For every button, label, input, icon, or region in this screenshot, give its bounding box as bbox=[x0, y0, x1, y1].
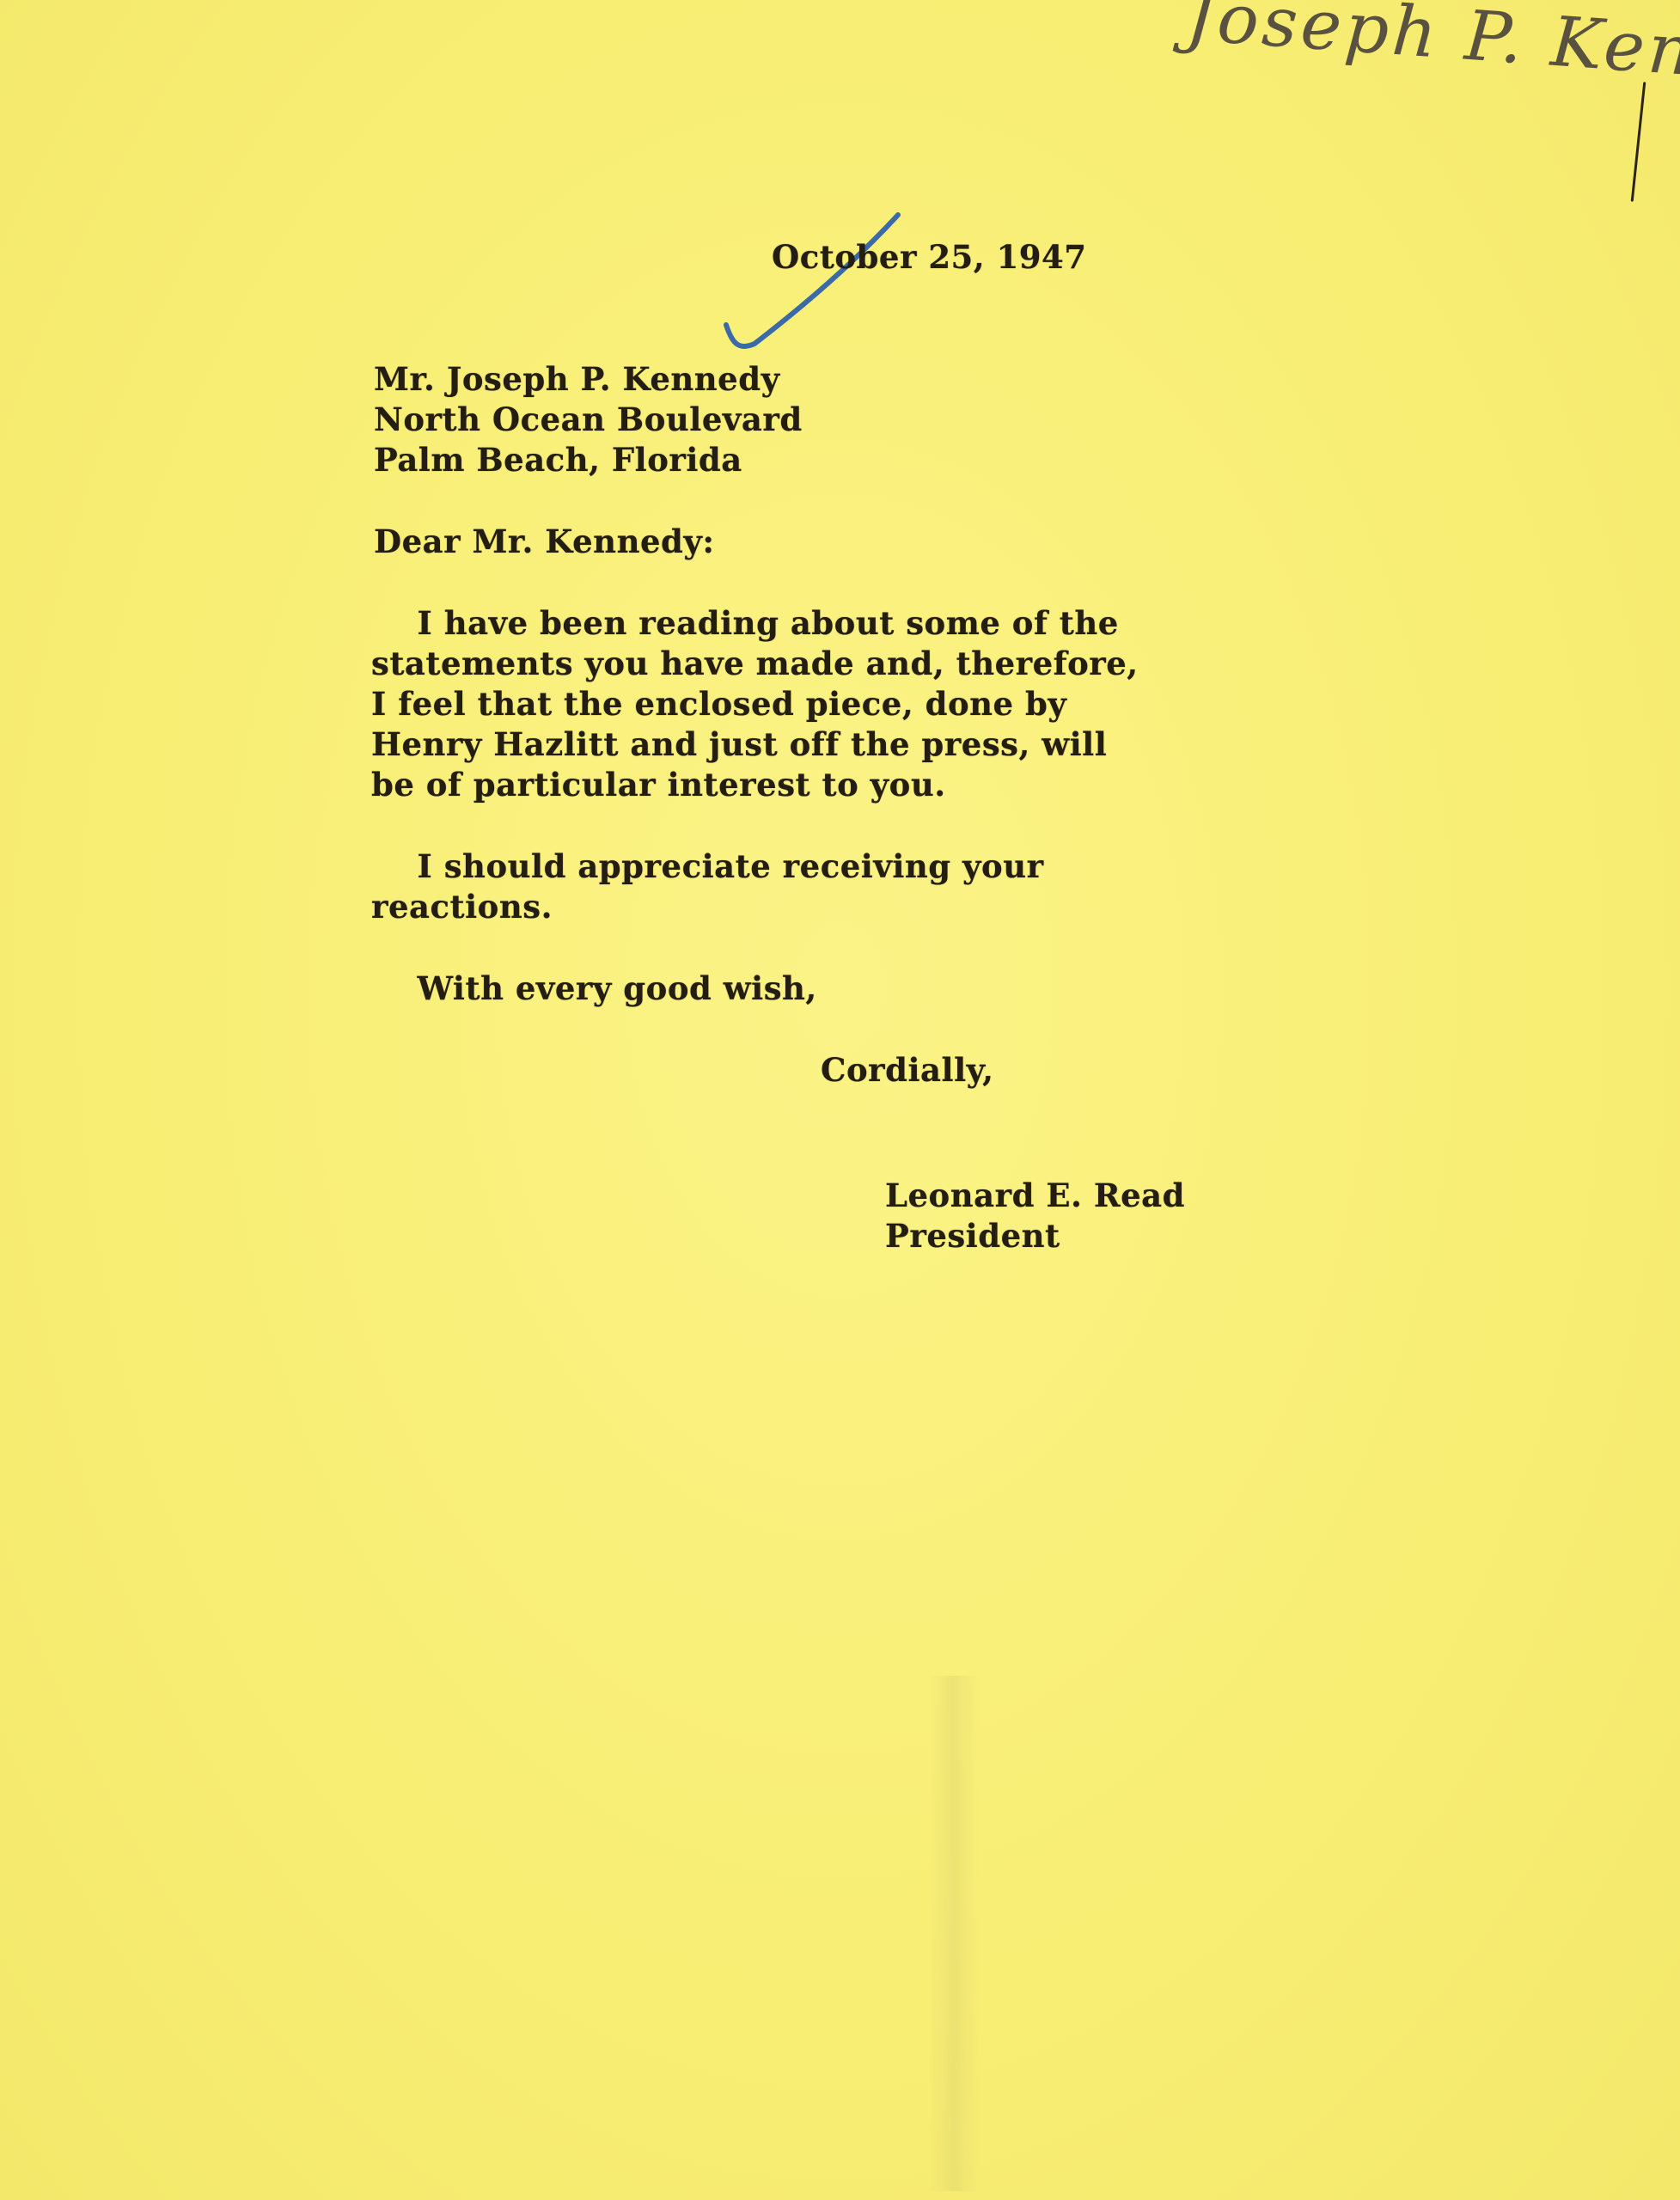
signer-title: President bbox=[885, 1216, 1060, 1256]
signer-name: Leonard E. Read bbox=[885, 1176, 1185, 1216]
salutation: Dear Mr. Kennedy: bbox=[374, 522, 715, 562]
handwritten-margin-mark bbox=[1631, 82, 1646, 202]
body-line: I have been reading about some of the bbox=[371, 603, 1119, 644]
body-line: With every good wish, bbox=[371, 969, 817, 1009]
body-line: Henry Hazlitt and just off the press, wi… bbox=[371, 724, 1107, 765]
handwritten-annotation: Joseph P. Kennedy bbox=[1184, 0, 1680, 104]
recipient-name: Mr. Joseph P. Kennedy bbox=[374, 359, 780, 400]
closing: Cordially, bbox=[821, 1050, 993, 1091]
letter-page: Joseph P. Kennedy October 25, 1947 Mr. J… bbox=[0, 0, 1680, 2200]
check-mark-icon bbox=[713, 206, 911, 373]
letter-date: October 25, 1947 bbox=[772, 237, 1087, 278]
recipient-city: Palm Beach, Florida bbox=[374, 440, 742, 480]
body-line: reactions. bbox=[371, 887, 553, 927]
body-line: I feel that the enclosed piece, done by bbox=[371, 684, 1066, 724]
body-line: I should appreciate receiving your bbox=[371, 846, 1044, 887]
recipient-street: North Ocean Boulevard bbox=[374, 400, 803, 440]
paper-fold-shadow bbox=[928, 1676, 980, 2191]
body-line: be of particular interest to you. bbox=[371, 765, 946, 805]
body-line: statements you have made and, therefore, bbox=[371, 644, 1139, 684]
